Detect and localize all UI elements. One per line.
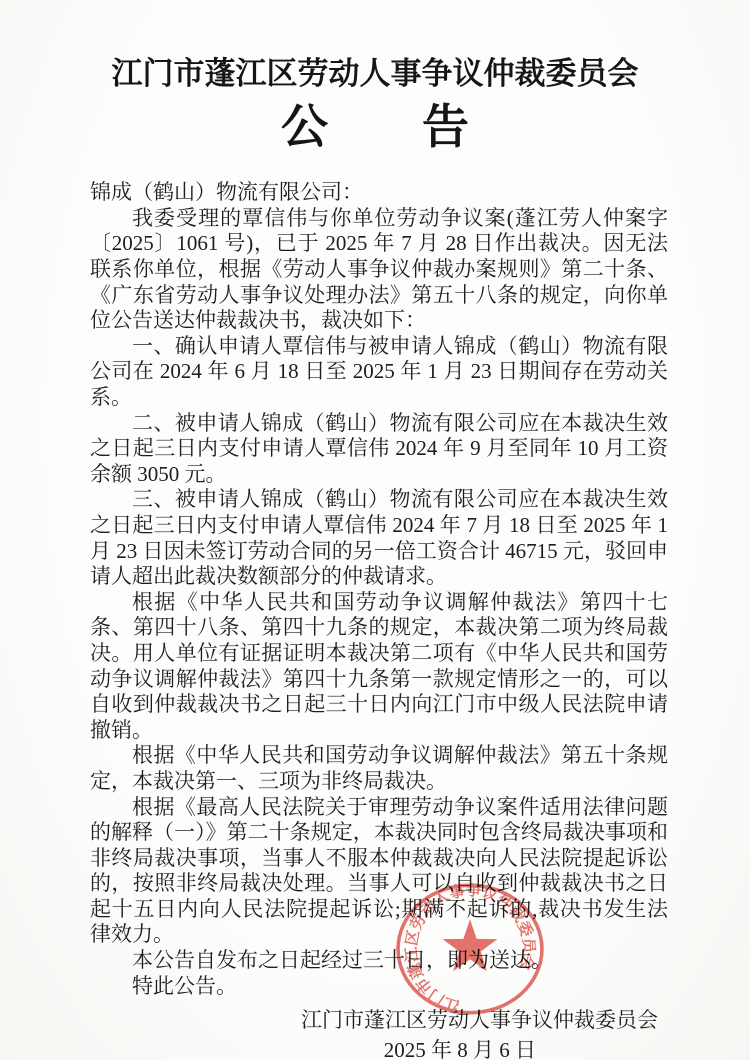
body-paragraph-ruling-3: 三、被申请人锦成（鹤山）物流有限公司应在本裁决生效之日起三日内支付申请人覃信伟 … <box>90 487 668 589</box>
recipient-line: 锦成（鹤山）物流有限公司： <box>90 180 668 206</box>
announcement-document: 江门市蓬江区劳动人事争议仲裁委员会 公 告 锦成（鹤山）物流有限公司： 我委受理… <box>0 0 750 1060</box>
body-paragraph-closing: 特此公告。 <box>90 974 668 1000</box>
signature-block: 江门市蓬江区劳动人事争议仲裁委员会 2025 年 8 月 6 日 <box>0 1007 658 1060</box>
body-paragraph: 根据《中华人民共和国劳动争议调解仲裁法》第四十七条、第四十八条、第四十九条的规定… <box>90 590 668 744</box>
issuing-organization-title: 江门市蓬江区劳动人事争议仲裁委员会 <box>0 0 750 92</box>
signature-organization: 江门市蓬江区劳动人事争议仲裁委员会 <box>0 1007 658 1033</box>
body-paragraph: 我委受理的覃信伟与你单位劳动争议案(蓬江劳人仲案字〔2025〕1061 号)，已… <box>90 206 668 334</box>
body-paragraph: 根据《中华人民共和国劳动争议调解仲裁法》第五十条规定，本裁决第一、三项为非终局裁… <box>90 743 668 794</box>
body-paragraph: 本公告自发布之日起经过三十日，即为送达。 <box>90 948 668 974</box>
body-paragraph: 根据《最高人民法院关于审理劳动争议案件适用法律问题的解释（一）》第二十条规定，本… <box>90 795 668 949</box>
document-body: 锦成（鹤山）物流有限公司： 我委受理的覃信伟与你单位劳动争议案(蓬江劳人仲案字〔… <box>90 180 668 999</box>
body-paragraph-ruling-2: 二、被申请人锦成（鹤山）物流有限公司应在本裁决生效之日起三日内支付申请人覃信伟 … <box>90 411 668 488</box>
signature-date: 2025 年 8 月 6 日 <box>0 1037 658 1060</box>
document-title: 公 告 <box>0 102 750 155</box>
body-paragraph-ruling-1: 一、确认申请人覃信伟与被申请人锦成（鹤山）物流有限公司在 2024 年 6 月 … <box>90 334 668 411</box>
